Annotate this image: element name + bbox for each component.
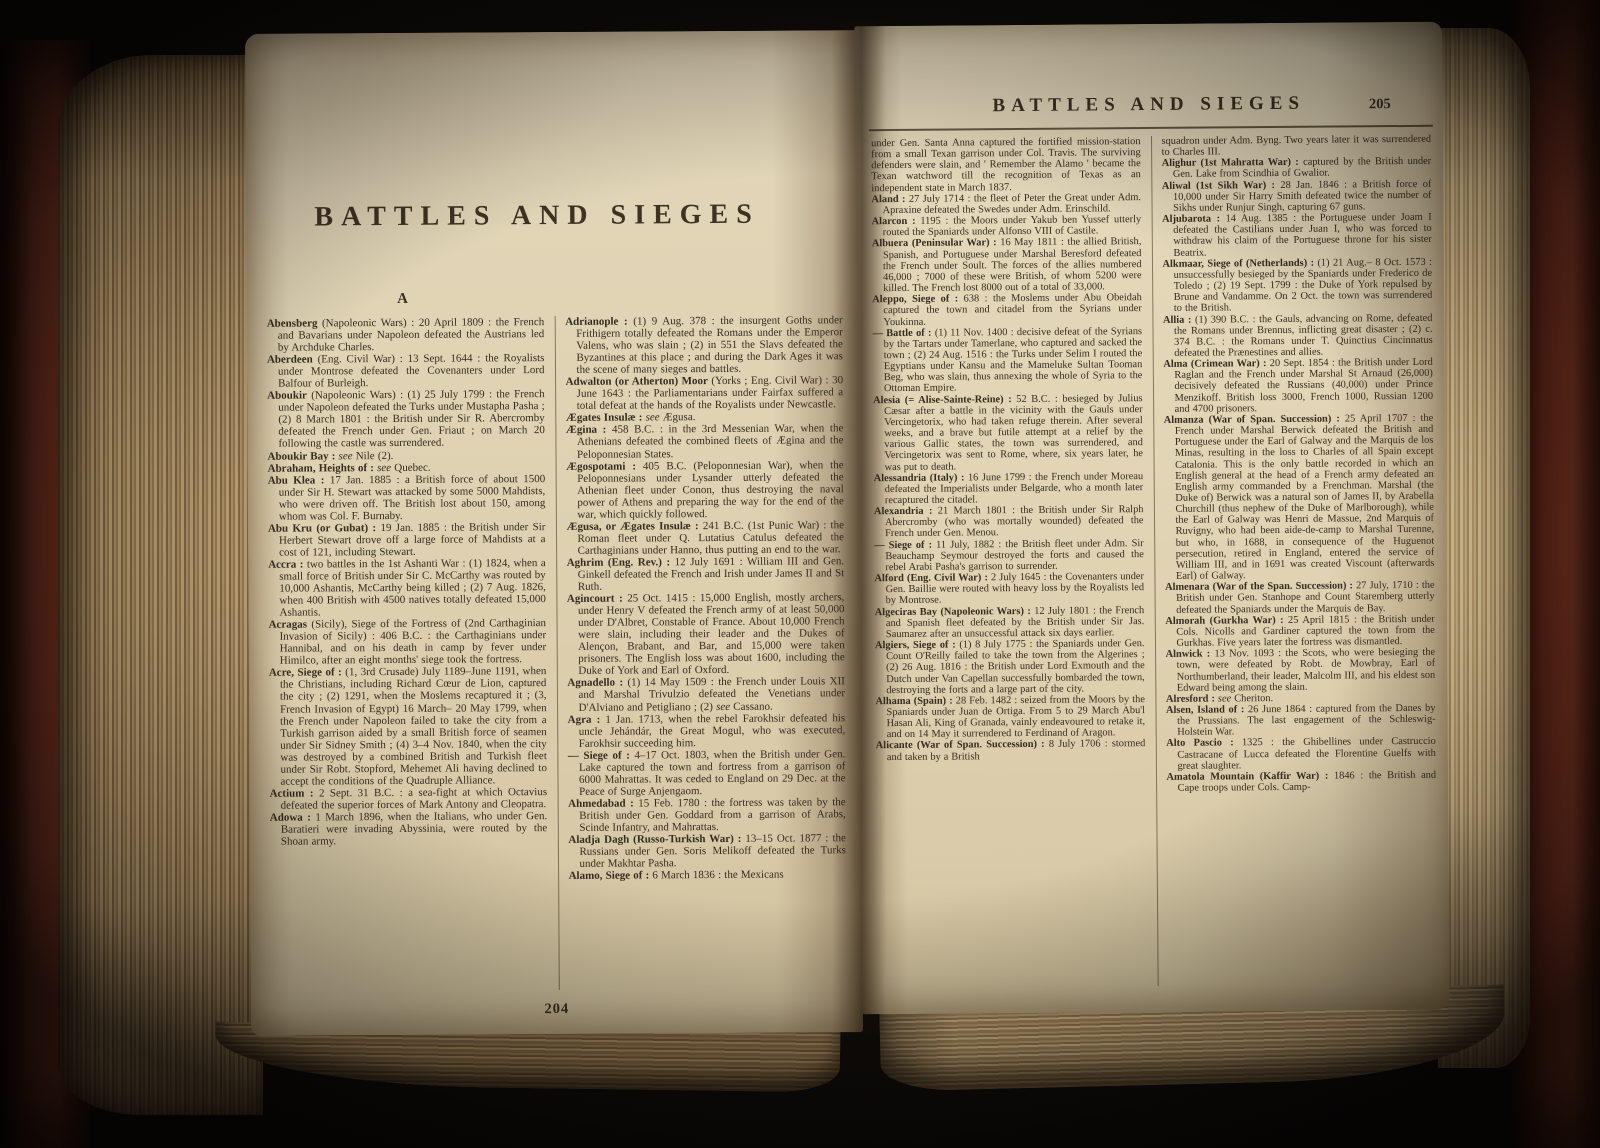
left-page-columns: Abensberg (Napoleonic Wars) : 20 April 1… — [267, 314, 847, 992]
entry-text: 13 Nov. 1093 : the Scots, who were besie… — [1177, 647, 1436, 693]
book-photo: BATTLES AND SIEGES A Abensberg (Napoleon… — [0, 0, 1600, 1148]
entry-term: Adrianople : — [565, 316, 628, 328]
dictionary-entry: Alsen, Island of : 26 June 1864 : captur… — [1166, 703, 1436, 739]
entry-text: two battles in the 1st Ashanti War : (1)… — [279, 557, 546, 619]
dictionary-entry: Alighur (1st Mahratta War) : captured by… — [1162, 156, 1432, 180]
entry-term: Albuera (Peninsular War) : — [872, 238, 997, 250]
dictionary-entry: Algeciras Bay (Napoleonic Wars) : 12 Jul… — [875, 605, 1145, 641]
dictionary-entry: Agincourt : 25 Oct. 1415 : 15,000 Englis… — [567, 591, 845, 677]
dictionary-entry: Accra : two battles in the 1st Ashanti W… — [268, 557, 546, 619]
entry-term: Alto Pascio : — [1166, 738, 1233, 750]
entry-text: 25 April 1707 : the French under Marshal… — [1175, 413, 1435, 582]
header-rule — [869, 125, 1433, 131]
column-continuation-text: under Gen. Santa Anna captured the forti… — [871, 136, 1141, 194]
page-edge-stack-right — [1438, 28, 1530, 1068]
entry-term: Aladja Dagh (Russo-Turkish War) : — [568, 833, 741, 846]
dictionary-entry: Allia : (1) 390 B.C. : the Gauls, advanc… — [1163, 312, 1433, 359]
dictionary-entry: Alma (Crimean War) : 20 Sept. 1854 : the… — [1163, 357, 1433, 415]
right-page-column-2: squadron under Adm. Byng. Two years late… — [1150, 134, 1437, 986]
entry-term: Aghrim (Eng. Rev.) : — [567, 556, 671, 569]
entry-text: (1) 390 B.C. : the Gauls, advancing on R… — [1174, 312, 1433, 358]
dictionary-entry: Aladja Dagh (Russo-Turkish War) : 13–15 … — [568, 832, 846, 870]
entry-text: 6 March 1836 : the Mexicans — [652, 869, 783, 882]
entry-text: 25 Oct. 1415 : 15,000 English, mostly ar… — [578, 591, 845, 677]
entry-text: see Quebec. — [377, 461, 431, 473]
entry-term: Abu Klea : — [268, 474, 325, 486]
dictionary-entry: Aljubarota : 14 Aug. 1385 : the Portugue… — [1162, 212, 1432, 259]
entry-term: Alma (Crimean War) : — [1163, 358, 1266, 370]
entry-term: Aland : — [871, 194, 905, 205]
entry-term: Alarcon : — [872, 216, 916, 227]
entry-text: (Eng. Civil War) : 13 Sept. 1644 : the R… — [278, 352, 545, 390]
dictionary-entry: Alnwick : 13 Nov. 1093 : the Scots, who … — [1166, 647, 1436, 694]
page-edge-stack-left — [58, 55, 263, 1115]
dictionary-entry: Abensberg (Napoleonic Wars) : 20 April 1… — [267, 316, 545, 354]
dictionary-entry: Agra : 1 Jan. 1713, when the rebel Farok… — [568, 712, 846, 750]
dictionary-entry: Amatola Mountain (Kaffir War) : 1846 : t… — [1166, 770, 1436, 794]
entry-term: — Siege of : — [568, 749, 630, 761]
entry-term: Adwalton (or Atherton) Moor — [566, 375, 708, 388]
dictionary-entry: Abu Kru (or Gubat) : 19 Jan. 1885 : the … — [268, 521, 546, 559]
entry-text: 2 Sept. 31 B.C. : a sea-fight at which O… — [281, 786, 548, 812]
entry-text: 458 B.C. : in the 3rd Messenian War, whe… — [577, 423, 844, 461]
entry-term: Ægina : — [566, 424, 607, 436]
entry-term: Acragas — [269, 619, 308, 631]
entry-text: see Ægusa. — [646, 412, 696, 424]
entry-term: Ahmedabad : — [568, 797, 634, 809]
entry-term: Algiers, Siege of : — [875, 640, 956, 652]
entry-term: Alresford : — [1166, 693, 1215, 704]
left-page-column-1: Abensberg (Napoleonic Wars) : 20 April 1… — [267, 316, 549, 992]
entry-term: Acre, Siege of : — [269, 667, 342, 679]
dictionary-entry: Aliwal (1st Sikh War) : 28 Jan. 1846 : a… — [1162, 178, 1432, 214]
dictionary-entry: — Siege of : 11 July, 1882 : the British… — [874, 538, 1144, 574]
dictionary-entry: Aghrim (Eng. Rev.) : 12 July 1691 : Will… — [567, 555, 845, 593]
dictionary-entry: Aleppo, Siege of : 638 : the Moslems und… — [872, 292, 1142, 328]
entry-text: 1 Jan. 1713, when the rebel Farokhsir de… — [579, 712, 846, 750]
entry-term: Almorah (Gurkha War) : — [1165, 615, 1283, 627]
entry-text: (1, 3rd Crusade) July 1189–June 1191, wh… — [280, 665, 547, 787]
dictionary-entry: Algiers, Siege of : (1) 8 July 1775 : th… — [875, 638, 1145, 696]
right-page-columns: under Gen. Santa Anna captured the forti… — [871, 134, 1438, 988]
entry-term: — Siege of : — [874, 539, 932, 550]
entry-term: Accra : — [268, 558, 303, 570]
entry-text: see Nile (2). — [338, 449, 393, 461]
entry-text: (Napoleonic Wars) : 20 April 1809 : the … — [278, 316, 545, 354]
entry-text: 1 March 1896, when the Italians, who und… — [281, 810, 548, 848]
dictionary-entry: Aberdeen (Eng. Civil War) : 13 Sept. 164… — [267, 352, 545, 390]
entry-text: (Sicily), Siege of the Fortress of (2nd … — [280, 617, 547, 667]
dictionary-entry: Adowa : 1 March 1896, when the Italians,… — [270, 810, 548, 848]
entry-term: Aboukir Bay : — [267, 450, 335, 462]
entry-term: Adowa : — [270, 811, 311, 823]
entry-text: (Napoleonic Wars) : (1) 25 July 1799 : t… — [278, 388, 545, 450]
page-number-204: 204 — [251, 999, 863, 1020]
left-page-204: BATTLES AND SIEGES A Abensberg (Napoleon… — [245, 30, 863, 1036]
dictionary-entry: Alhama (Spain) : 28 Feb. 1482 : seized f… — [875, 694, 1145, 741]
dictionary-entry: Actium : 2 Sept. 31 B.C. : a sea-fight a… — [270, 786, 548, 812]
entry-text: 27 July 1714 : the fleet of Peter the Gr… — [883, 192, 1141, 216]
entry-term: Actium : — [270, 787, 314, 799]
entry-term: — Battle of : — [872, 327, 931, 338]
dictionary-entry: Almanza (War of Span. Succession) : 25 A… — [1164, 413, 1435, 582]
entry-text: 52 B.C. : besieged by Julius Cæsar after… — [884, 393, 1143, 473]
entry-term: Agra : — [568, 713, 601, 725]
entry-term: Abraham, Heights of : — [268, 462, 374, 475]
entry-term: Ægusa, or Ægates Insulæ : — [566, 520, 698, 533]
left-page-column-2: Adrianople : (1) 9 Aug. 378 : the insurg… — [554, 314, 847, 990]
dictionary-entry: Aboukir (Napoleonic Wars) : (1) 25 July … — [267, 388, 545, 450]
dictionary-entry: Abu Klea : 17 Jan. 1885 : a British forc… — [268, 473, 546, 523]
dictionary-entry: Alexandria : 21 March 1801 : the British… — [874, 504, 1144, 540]
entry-term: Allia : — [1163, 314, 1192, 325]
dictionary-entry: Alford (Eng. Civil War) : 2 July 1645 : … — [874, 571, 1144, 607]
dictionary-entry: Albuera (Peninsular War) : 16 May 1811 :… — [872, 236, 1142, 294]
dictionary-entry: Almenara (War of the Span. Succession) :… — [1165, 580, 1435, 616]
dictionary-entry: — Siege of : 4–17 Oct. 1803, when the Br… — [568, 748, 846, 798]
dictionary-entry: Alkmaar, Siege of (Netherlands) : (1) 21… — [1162, 257, 1432, 315]
running-header: BATTLES AND SIEGES — [895, 92, 1403, 118]
dictionary-entry: Alessandria (Italy) : 16 June 1799 : the… — [874, 471, 1144, 507]
dictionary-entry: Acragas (Sicily), Siege of the Fortress … — [269, 617, 547, 667]
entry-term: Aljubarota : — [1162, 214, 1220, 225]
section-letter-a: A — [267, 290, 539, 309]
entry-term: Aboukir — [267, 390, 307, 402]
entry-term: Alesia (= Alise-Sainte-Reine) : — [873, 394, 1012, 406]
entry-term: Aliwal (1st Sikh War) : — [1162, 180, 1275, 192]
entry-term: Alford (Eng. Civil War) : — [874, 572, 988, 584]
entry-term: Alhama (Spain) : — [875, 695, 952, 707]
dictionary-entry: Ægospotami : 405 B.C. (Peloponnesian War… — [566, 459, 844, 521]
entry-term: Abensberg — [267, 317, 318, 329]
right-page-205: BATTLES AND SIEGES 205 under Gen. Santa … — [854, 22, 1450, 1015]
entry-term: Agincourt : — [567, 593, 623, 605]
entry-term: Ægates Insulæ : — [566, 412, 643, 424]
entry-term: Alicante (War of Span. Succession) : — [876, 739, 1045, 751]
dictionary-entry: Acre, Siege of : (1, 3rd Crusade) July 1… — [269, 665, 547, 787]
dictionary-entry: Adwalton (or Atherton) Moor (Yorks ; Eng… — [566, 374, 844, 412]
dictionary-entry: Alamo, Siege of : 6 March 1836 : the Mex… — [569, 868, 847, 882]
entry-term: Abu Kru (or Gubat) : — [268, 522, 376, 535]
dictionary-entry: — Battle of : (1) 11 Nov. 1400 : decisiv… — [872, 326, 1142, 395]
entry-term: Alnwick : — [1166, 649, 1211, 660]
entry-term: Alessandria (Italy) : — [874, 472, 965, 484]
entry-term: Agnadello : — [567, 677, 623, 689]
page-number-205: 205 — [1369, 96, 1391, 113]
entry-text: see Cheriton. — [1218, 693, 1273, 704]
dictionary-entry: Ægusa, or Ægates Insulæ : 241 B.C. (1st … — [566, 519, 844, 557]
column-continuation-text: squadron under Adm. Byng. Two years late… — [1161, 134, 1431, 158]
entry-term: Alexandria : — [874, 506, 933, 517]
dictionary-entry: Aland : 27 July 1714 : the fleet of Pete… — [871, 192, 1141, 216]
entry-term: Alsen, Island of : — [1166, 704, 1244, 716]
dictionary-entry: Ahmedabad : 15 Feb. 1780 : the fortress … — [568, 796, 846, 834]
dictionary-entry: Alarcon : 1195 : the Moors under Yakub b… — [872, 214, 1142, 238]
dictionary-entry: Alesia (= Alise-Sainte-Reine) : 52 B.C. … — [873, 393, 1143, 473]
dictionary-entry: Adrianople : (1) 9 Aug. 378 : the insurg… — [565, 314, 843, 376]
entry-text: 1195 : the Moors under Yakub ben Yussef … — [883, 214, 1141, 238]
entry-term: Alamo, Siege of : — [569, 870, 650, 882]
dictionary-entry: Ægina : 458 B.C. : in the 3rd Messenian … — [566, 423, 844, 461]
entry-term: Alighur (1st Mahratta War) : — [1162, 157, 1299, 169]
entry-term: Aberdeen — [267, 354, 313, 366]
section-title: BATTLES AND SIEGES — [246, 198, 828, 234]
right-page-column-1: under Gen. Santa Anna captured the forti… — [871, 136, 1147, 988]
dictionary-entry: Alicante (War of Span. Succession) : 8 J… — [876, 738, 1146, 762]
entry-term: Ægospotami : — [566, 460, 636, 472]
dictionary-entry: Almorah (Gurkha War) : 25 April 1815 : t… — [1165, 614, 1435, 650]
dictionary-entry: Alto Pascio : 1325 : the Ghibellines und… — [1166, 736, 1436, 772]
entry-term: Aleppo, Siege of : — [872, 294, 958, 306]
dictionary-entry: Agnadello : (1) 14 May 1509 : the French… — [567, 676, 845, 714]
